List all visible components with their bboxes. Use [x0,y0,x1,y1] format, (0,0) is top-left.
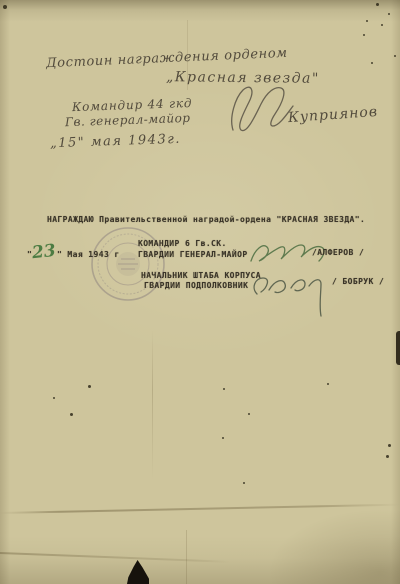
paper-speck [371,62,373,64]
handwritten-date-day: 23 [31,241,57,263]
paper-speck [248,413,250,415]
handwritten-conclusion-line1: Достоин награждения орденом [46,46,288,72]
paper-crease [186,530,187,584]
typed-date-rest: " Мая 1943 г [57,250,120,259]
paper-speck [243,482,245,484]
chief-name: / БОБРУК / [332,277,384,286]
chief-title-line1: НАЧАЛЬНИК ШТАБА КОРПУСА [141,271,261,280]
paper-speck [222,437,224,439]
paper-speck [327,383,329,385]
paper-speck [386,455,389,458]
document-page: Достоин награждения орденом „Красная зве… [0,0,400,584]
round-stamp [88,224,168,304]
paper-speck [53,397,55,399]
ink-blot [127,560,149,584]
paper-speck [376,3,379,6]
paper-speck [388,13,390,15]
paper-speck [3,5,7,9]
handwritten-rank-line: Гв. генерал-майор [65,111,191,129]
paper-speck [70,413,73,416]
paper-speck [223,388,225,390]
paper-crease [152,330,153,480]
bobruk-signature [247,266,337,321]
paper-speck [388,444,391,447]
chief-title-line2: ГВАРДИИ ПОДПОЛКОВНИК [144,281,248,290]
commander-title-line2: ГВАРДИИ ГЕНЕРАЛ-МАЙОР [138,250,248,259]
handwritten-date: „15" мая 1943г. [50,132,181,152]
paper-speck [381,24,383,26]
commander-title-line1: КОМАНДИР 6 Гв.СК. [138,239,227,248]
paper-crease [0,504,400,514]
paper-crease [0,552,230,563]
typed-award-line: НАГРАЖДАЮ Правительственной наградой-орд… [47,215,365,224]
commander-name: /АЛФЕРОВ / [312,248,364,257]
paper-edge-damage [396,331,400,365]
paper-speck [363,34,365,36]
paper-speck [394,55,396,57]
paper-speck [366,20,368,22]
paper-speck [88,385,91,388]
